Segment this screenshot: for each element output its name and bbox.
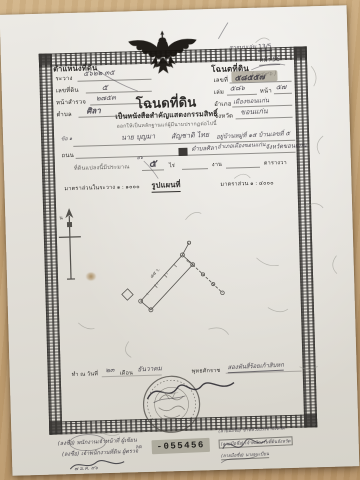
- paper-fibers: [0, 5, 359, 476]
- photo-of-land-deed: สารบบเล่ม 13/5 หน้า 56 ( ๒๔๙๖ ): [0, 0, 360, 480]
- deed-paper: สารบบเล่ม 13/5 หน้า 56 ( ๒๔๙๖ ): [0, 5, 359, 476]
